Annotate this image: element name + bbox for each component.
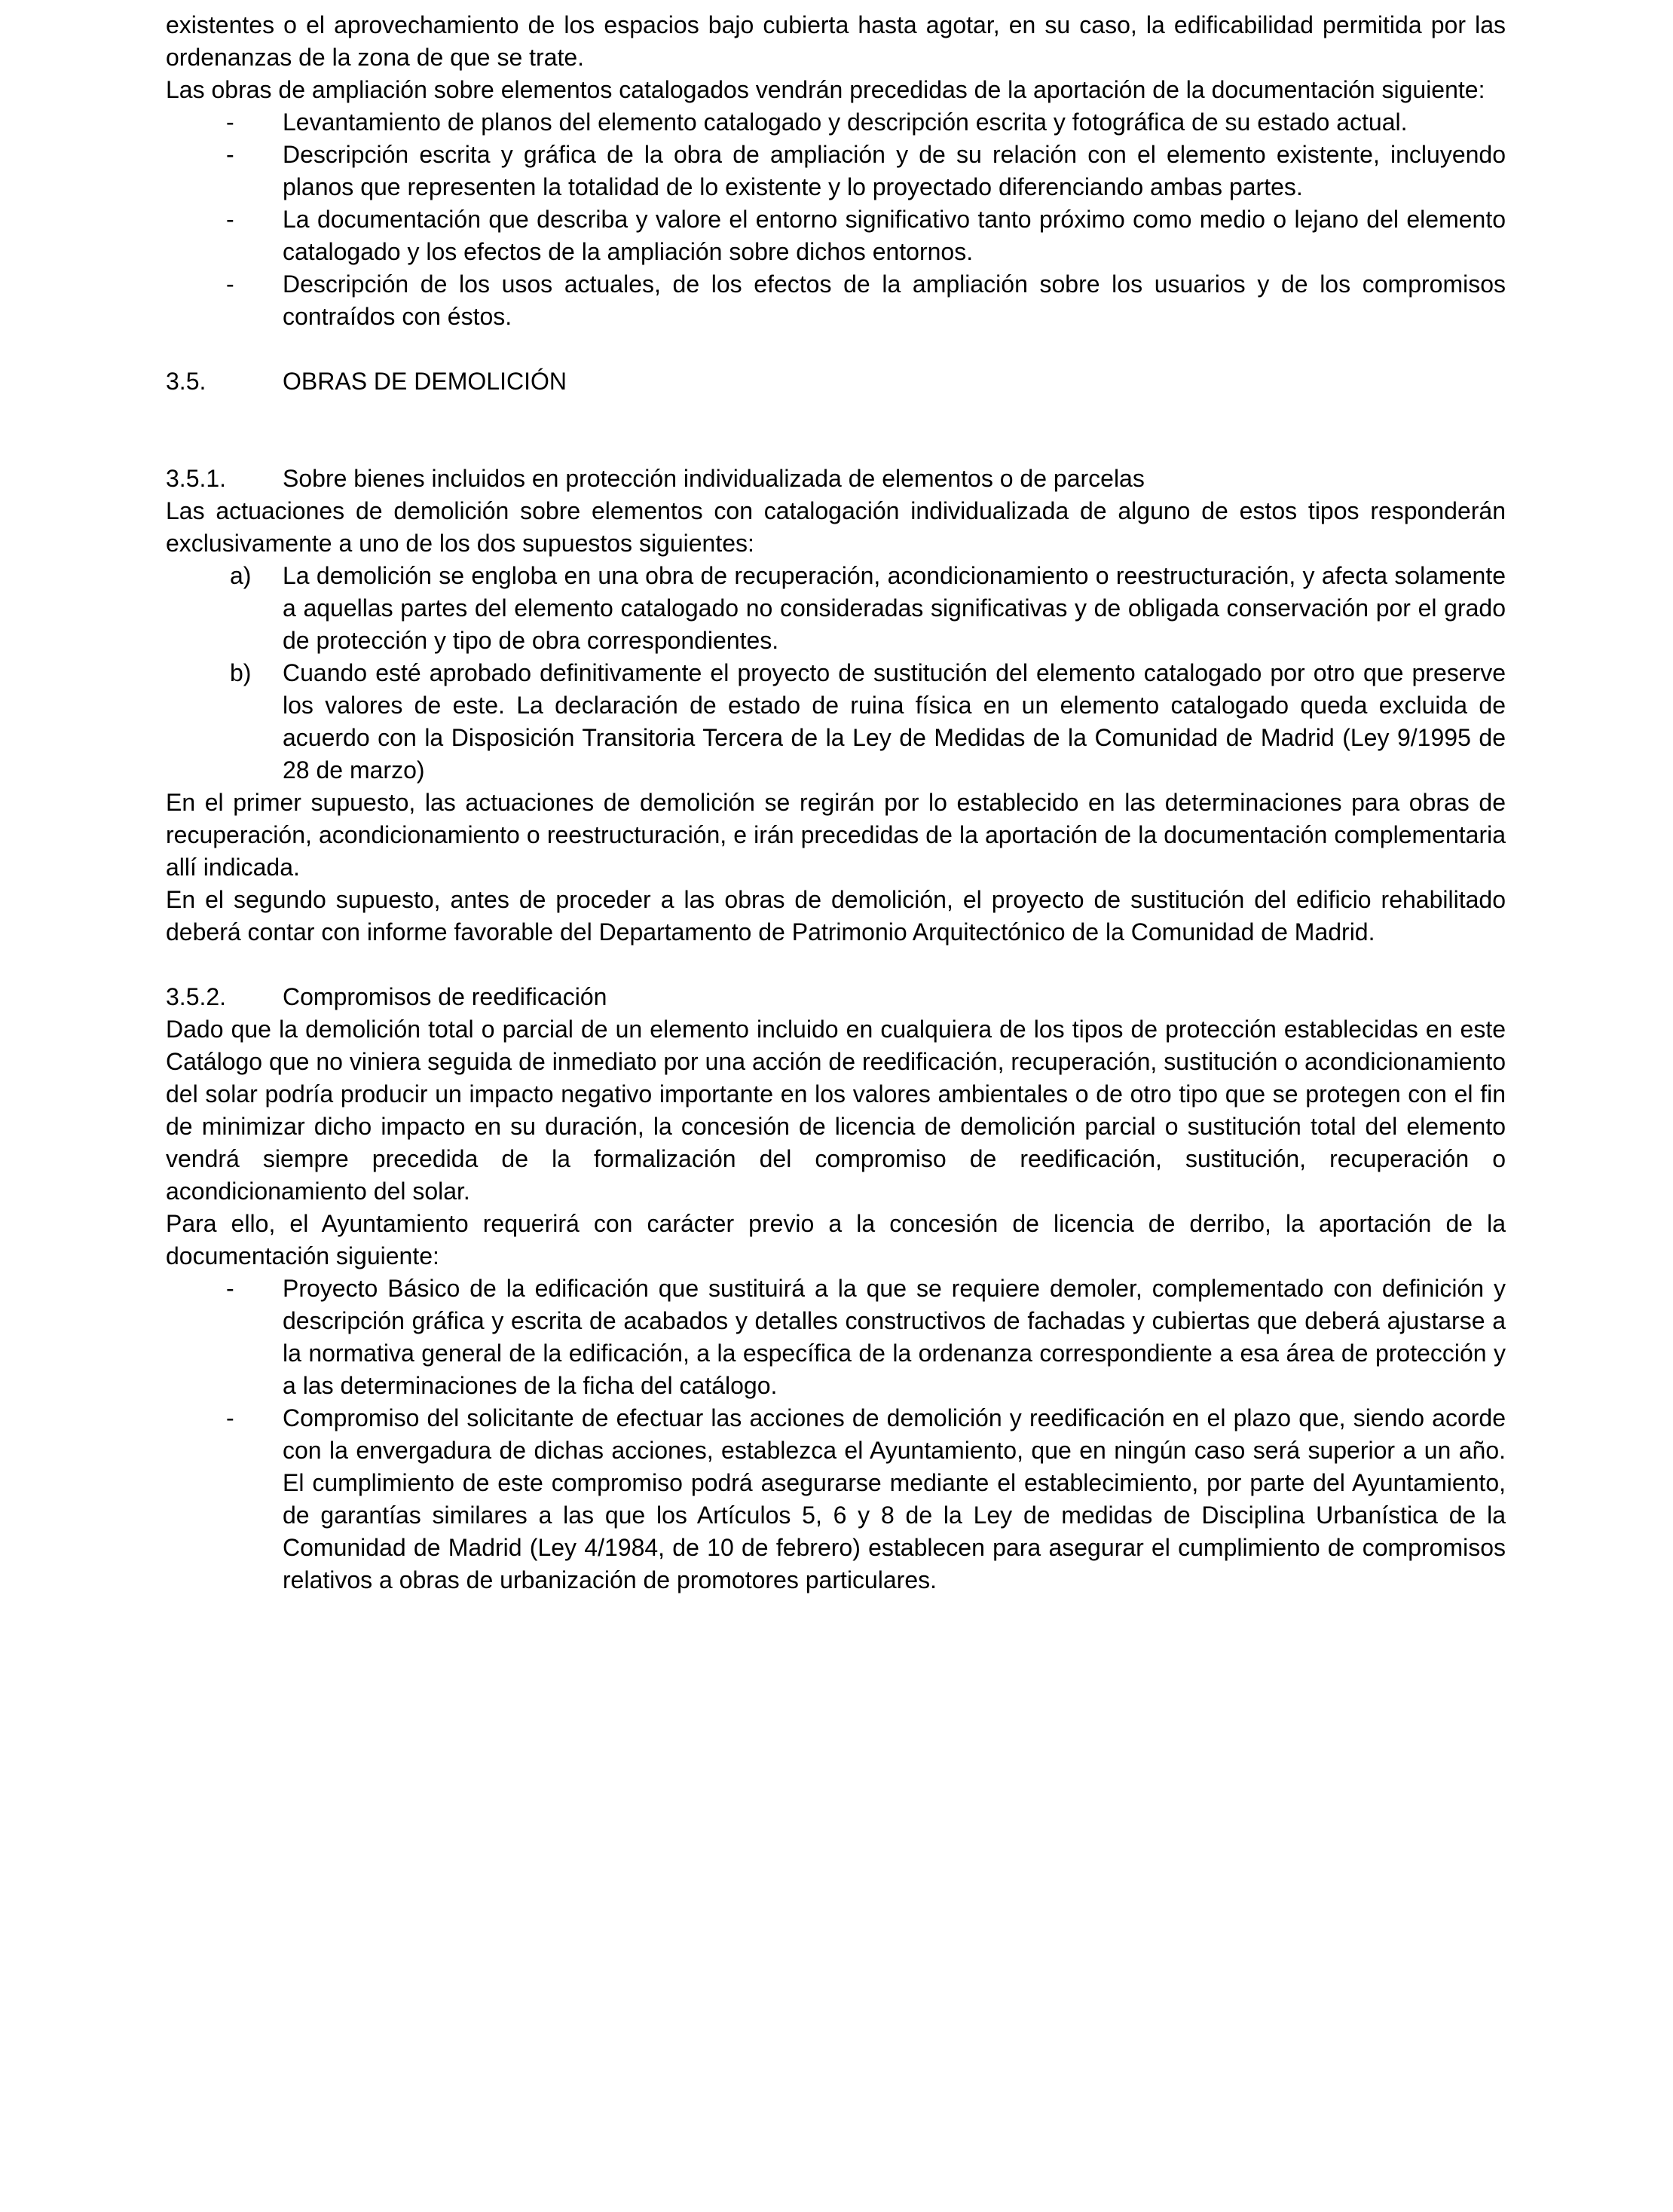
- list-item-text: Cuando esté aprobado definitivamente el …: [283, 659, 1506, 784]
- dash-bullet: -: [226, 1273, 234, 1305]
- item-letter-a: a): [230, 560, 251, 592]
- subsection-title: Compromisos de reedificación: [283, 983, 607, 1010]
- list-item-text: Descripción de los usos actuales, de los…: [283, 270, 1506, 330]
- section-352-paragraph-1: Dado que la demolición total o parcial d…: [166, 1013, 1506, 1208]
- list-item-text: Levantamiento de planos del elemento cat…: [283, 108, 1407, 136]
- section-351-intro: Las actuaciones de demolición sobre elem…: [166, 495, 1506, 560]
- subsection-number: 3.5.2.: [166, 981, 283, 1013]
- reedificacion-doc-item-2: - Compromiso del solicitante de efectuar…: [166, 1402, 1506, 1596]
- ampliacion-doc-item-4: - Descripción de los usos actuales, de l…: [166, 268, 1506, 333]
- subsection-351-heading: 3.5.1.Sobre bienes incluidos en protecci…: [166, 463, 1506, 495]
- section-title: OBRAS DE DEMOLICIÓN: [283, 368, 567, 395]
- section-352-paragraph-2: Para ello, el Ayuntamiento requerirá con…: [166, 1208, 1506, 1273]
- intro-paragraph-1: existentes o el aprovechamiento de los e…: [166, 9, 1506, 74]
- list-item-text: Compromiso del solicitante de efectuar l…: [283, 1404, 1506, 1593]
- dash-bullet: -: [226, 139, 234, 171]
- supuesto-item-a: a) La demolición se engloba en una obra …: [166, 560, 1506, 657]
- list-item-text: La documentación que describa y valore e…: [283, 206, 1506, 265]
- dash-bullet: -: [226, 203, 234, 236]
- section-35-heading: 3.5.OBRAS DE DEMOLICIÓN: [166, 365, 1506, 398]
- subsection-title: Sobre bienes incluidos en protección ind…: [283, 465, 1145, 492]
- reedificacion-doc-item-1: - Proyecto Básico de la edificación que …: [166, 1273, 1506, 1402]
- dash-bullet: -: [226, 268, 234, 301]
- ampliacion-doc-item-3: - La documentación que describa y valore…: [166, 203, 1506, 268]
- list-item-text: Proyecto Básico de la edificación que su…: [283, 1275, 1506, 1399]
- dash-bullet: -: [226, 106, 234, 139]
- item-letter-b: b): [230, 657, 251, 689]
- ampliacion-doc-item-1: - Levantamiento de planos del elemento c…: [166, 106, 1506, 139]
- list-item-text: La demolición se engloba en una obra de …: [283, 562, 1506, 654]
- subsection-352-heading: 3.5.2.Compromisos de reedificación: [166, 981, 1506, 1013]
- ampliacion-doc-item-2: - Descripción escrita y gráfica de la ob…: [166, 139, 1506, 203]
- section-351-paragraph-second-case: En el segundo supuesto, antes de procede…: [166, 884, 1506, 949]
- intro-paragraph-2: Las obras de ampliación sobre elementos …: [166, 74, 1506, 106]
- dash-bullet: -: [226, 1402, 234, 1434]
- list-item-text: Descripción escrita y gráfica de la obra…: [283, 141, 1506, 200]
- supuesto-item-b: b) Cuando esté aprobado definitivamente …: [166, 657, 1506, 787]
- section-351-paragraph-first-case: En el primer supuesto, las actuaciones d…: [166, 787, 1506, 884]
- subsection-number: 3.5.1.: [166, 463, 283, 495]
- section-number: 3.5.: [166, 365, 283, 398]
- document-page: existentes o el aprovechamiento de los e…: [0, 0, 1673, 2212]
